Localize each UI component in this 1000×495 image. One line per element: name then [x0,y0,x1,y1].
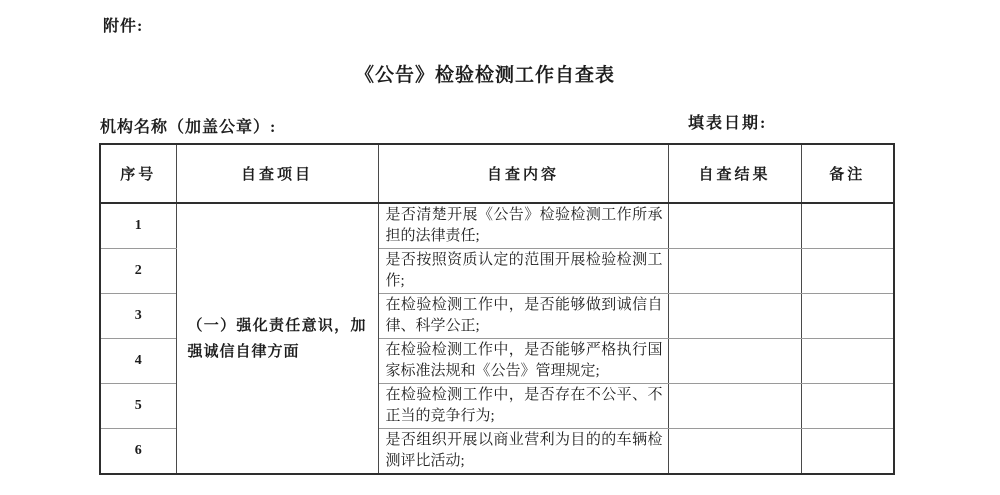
inspection-content-cell: 在检验检测工作中，是否存在不公平、不正当的竞争行为; [378,384,668,429]
serial-number-cell: 4 [100,339,176,384]
col-header-serial-number: 序号 [100,144,176,203]
inspection-content-cell: 是否组织开展以商业营利为目的的车辆检测评比活动; [378,429,668,475]
inspection-result-cell [668,429,801,475]
col-header-remarks: 备注 [801,144,894,203]
inspection-result-cell [668,203,801,249]
table-header: 序号 自查项目 自查内容 自查结果 备注 [100,144,894,203]
col-header-inspection-result: 自查结果 [668,144,801,203]
inspection-content-cell: 是否按照资质认定的范围开展检验检测工作; [378,249,668,294]
self-inspection-table: 序号 自查项目 自查内容 自查结果 备注 1 （一）强化责任意识，加强诚信自律方… [99,143,895,475]
serial-number-cell: 5 [100,384,176,429]
inspection-content-cell: 在检验检测工作中，是否能够做到诚信自律、科学公正; [378,294,668,339]
inspection-item-cell: （一）强化责任意识，加强诚信自律方面 [176,203,378,474]
remarks-cell [801,429,894,475]
serial-number-cell: 3 [100,294,176,339]
remarks-cell [801,294,894,339]
remarks-cell [801,203,894,249]
remarks-cell [801,339,894,384]
col-header-inspection-item: 自查项目 [176,144,378,203]
org-name-label: 机构名称（加盖公章）: [100,114,276,137]
header-row: 序号 自查项目 自查内容 自查结果 备注 [100,144,894,203]
table-body: 1 （一）强化责任意识，加强诚信自律方面 是否清楚开展《公告》检验检测工作所承担… [100,203,894,474]
inspection-result-cell [668,249,801,294]
attachment-label: 附件: [103,13,143,36]
table-row: 1 （一）强化责任意识，加强诚信自律方面 是否清楚开展《公告》检验检测工作所承担… [100,203,894,249]
serial-number-cell: 1 [100,203,176,249]
inspection-content-cell: 是否清楚开展《公告》检验检测工作所承担的法律责任; [378,203,668,249]
serial-number-cell: 6 [100,429,176,475]
remarks-cell [801,249,894,294]
inspection-result-cell [668,384,801,429]
document-page: 附件: 《公告》检验检测工作自查表 机构名称（加盖公章）: 填表日期: 序号 自… [0,0,1000,495]
inspection-content-cell: 在检验检测工作中，是否能够严格执行国家标准法规和《公告》管理规定; [378,339,668,384]
inspection-result-cell [668,339,801,384]
page-title: 《公告》检验检测工作自查表 [0,60,970,87]
fill-date-label: 填表日期: [688,110,767,133]
serial-number-cell: 2 [100,249,176,294]
remarks-cell [801,384,894,429]
inspection-result-cell [668,294,801,339]
col-header-inspection-content: 自查内容 [378,144,668,203]
